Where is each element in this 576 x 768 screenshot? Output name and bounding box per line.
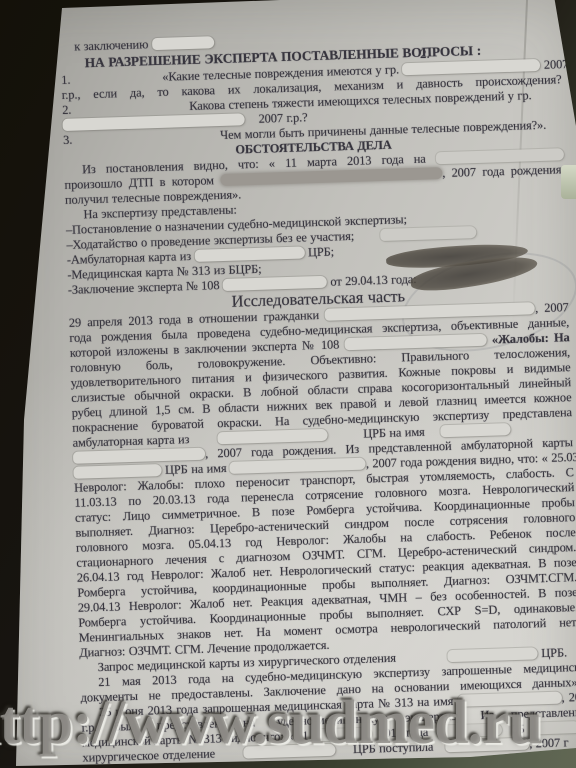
text-segment: , 2007 года рождения, — [442, 162, 565, 180]
redaction-blob — [380, 226, 476, 241]
text-segment: к заключению — [74, 37, 152, 53]
text-segment: 2007 — [540, 57, 568, 72]
spacer — [396, 659, 448, 662]
text-segment: ЦРБ на имя — [363, 425, 425, 441]
redaction-blob — [440, 423, 510, 437]
redaction-blob — [194, 246, 304, 261]
redaction-blob — [152, 36, 214, 50]
spacer — [327, 437, 363, 439]
spacer — [71, 109, 189, 114]
text-segment: ЦРБ; — [304, 245, 334, 260]
spacer — [245, 122, 259, 123]
text-segment: , 2007 — [535, 300, 569, 315]
background-edge-object — [561, 165, 576, 199]
document-paper: 2. к заключению НА РАЗРЕШЕНИЕ ЭКСПЕРТА П… — [0, 0, 576, 768]
spacer — [189, 441, 217, 443]
spacer — [70, 80, 162, 84]
spacer — [425, 434, 441, 436]
text-segment: , 20 — [561, 690, 576, 705]
redaction-blob — [217, 429, 327, 444]
text-segment: 2. — [62, 103, 72, 117]
text-segment: 3. — [63, 133, 73, 147]
text-segment: ЦРБ на имя — [161, 461, 230, 477]
redaction-blob — [73, 464, 161, 479]
spacer — [354, 238, 380, 240]
document-text: к заключению НА РАЗРЕШЕНИЕ ЭКСПЕРТА ПОСТ… — [60, 24, 576, 765]
text-segment: 1. — [61, 73, 71, 87]
redaction-blob — [536, 721, 576, 734]
text-segment: «Жалобы: На — [486, 330, 570, 347]
watermark-url: http://www.sudmed.ru — [0, 692, 542, 754]
text-segment: ЦРБ. — [538, 645, 568, 660]
text-segment: 2007 г.р.? — [258, 110, 307, 126]
photo-frame: 2. к заключению НА РАЗРЕШЕНИЕ ЭКСПЕРТА П… — [0, 0, 576, 768]
spacer — [72, 138, 220, 144]
redaction-blob — [448, 647, 538, 662]
